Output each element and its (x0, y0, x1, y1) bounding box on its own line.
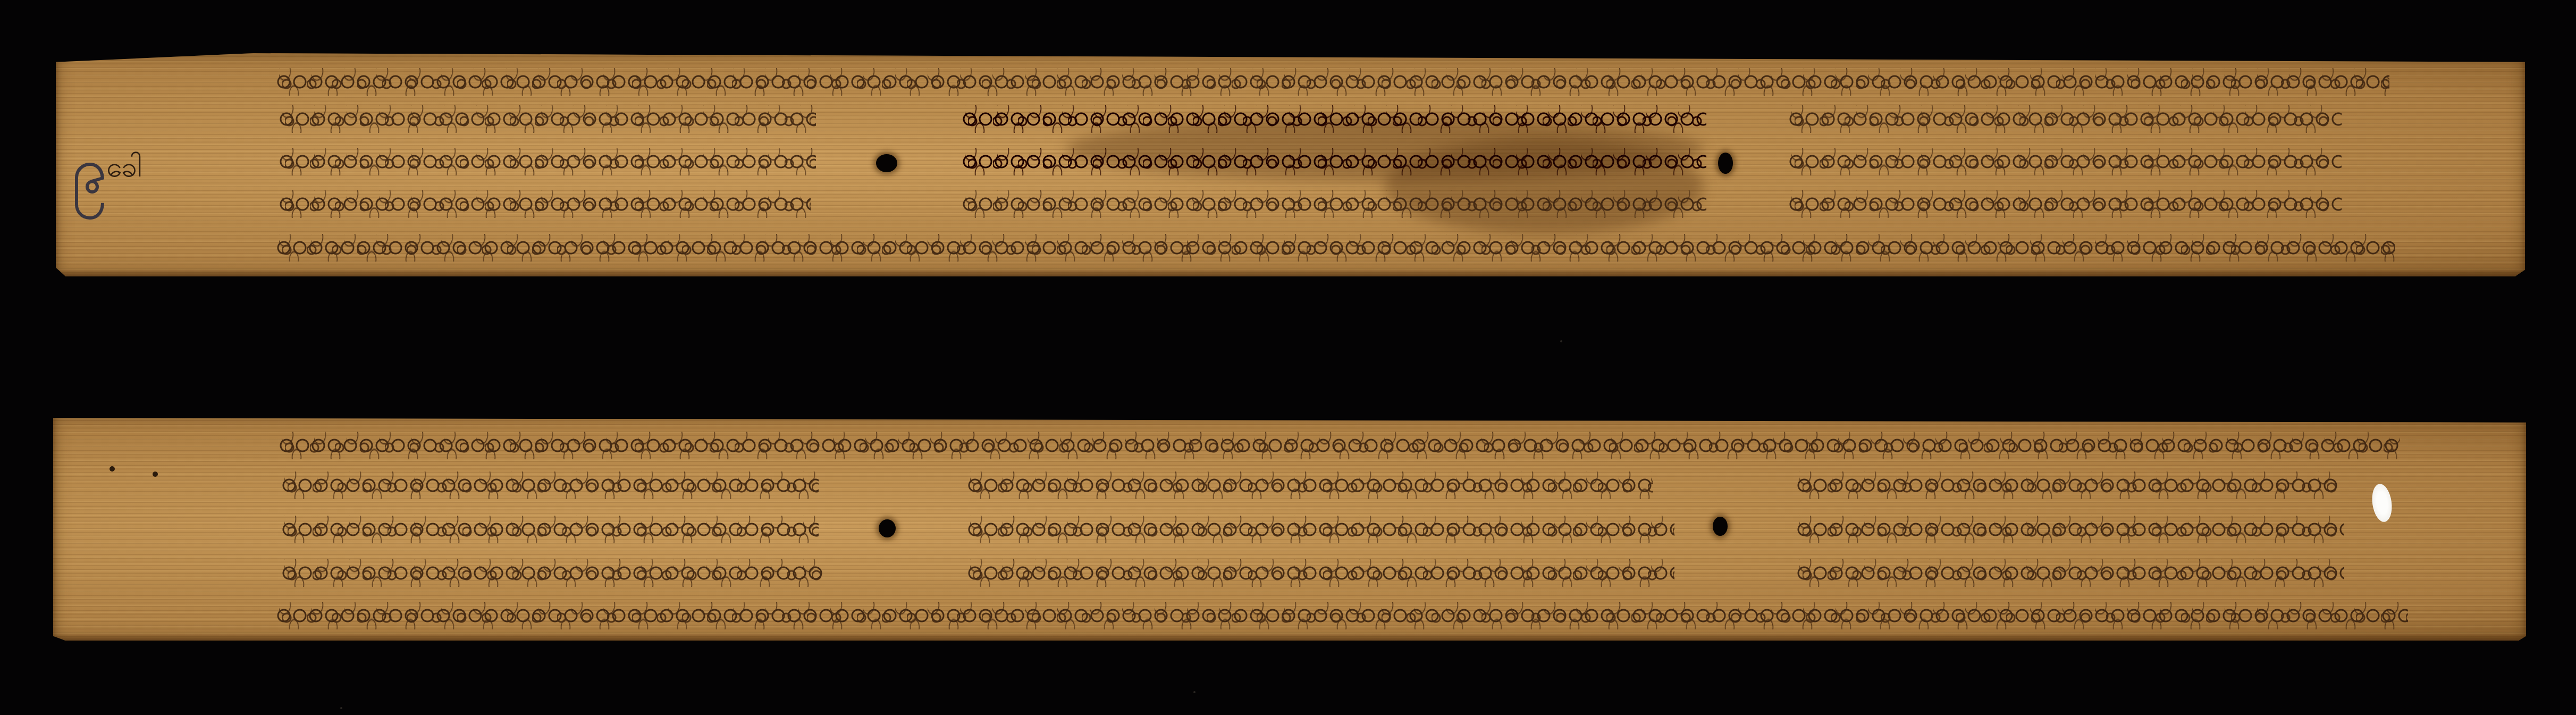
text-line-4-col-1 (279, 190, 811, 218)
text-line-2-col-3 (1797, 472, 2339, 499)
text-line-1 (276, 68, 2389, 96)
text-line-3-col-3 (1789, 148, 2342, 175)
text-line-3-col-1 (282, 516, 819, 543)
text-line-2-col-1 (279, 105, 816, 133)
white-damage-patch (2370, 483, 2394, 523)
string-hole-left (879, 519, 896, 537)
text-line-4-col-1 (282, 559, 824, 587)
text-line-3-col-3 (1797, 516, 2344, 543)
text-line-2-col-2 (962, 105, 1706, 133)
ink-dot (153, 472, 158, 477)
string-hole-right (1713, 517, 1728, 536)
folio-label: ခေါ (106, 149, 142, 191)
text-line-4-col-3 (1789, 190, 2342, 218)
text-line-3-col-2 (962, 148, 1706, 175)
text-line-2-col-2 (967, 472, 1653, 499)
text-line-1 (279, 432, 2400, 459)
background-speck (340, 707, 342, 709)
text-line-3-col-2 (967, 516, 1674, 543)
text-line-4-col-3 (1797, 559, 2344, 587)
text-line-3-col-1 (279, 148, 816, 175)
text-line-5 (276, 234, 2395, 262)
string-hole-left (876, 154, 897, 172)
text-line-4-col-2 (967, 559, 1674, 587)
palm-leaf-folio-2 (53, 416, 2526, 641)
background-speck (1193, 691, 1196, 693)
text-line-4-col-2 (962, 190, 1706, 218)
text-line-2-col-1 (282, 472, 819, 499)
background-speck (1560, 340, 1562, 342)
palm-leaf-folio-1: ၉ ခေါ (56, 53, 2525, 276)
ink-dot (110, 466, 115, 472)
folio-numeral: ၉ (72, 138, 108, 202)
text-line-2-col-3 (1789, 105, 2342, 133)
string-hole-right (1718, 153, 1733, 174)
text-line-5 (276, 602, 2408, 629)
